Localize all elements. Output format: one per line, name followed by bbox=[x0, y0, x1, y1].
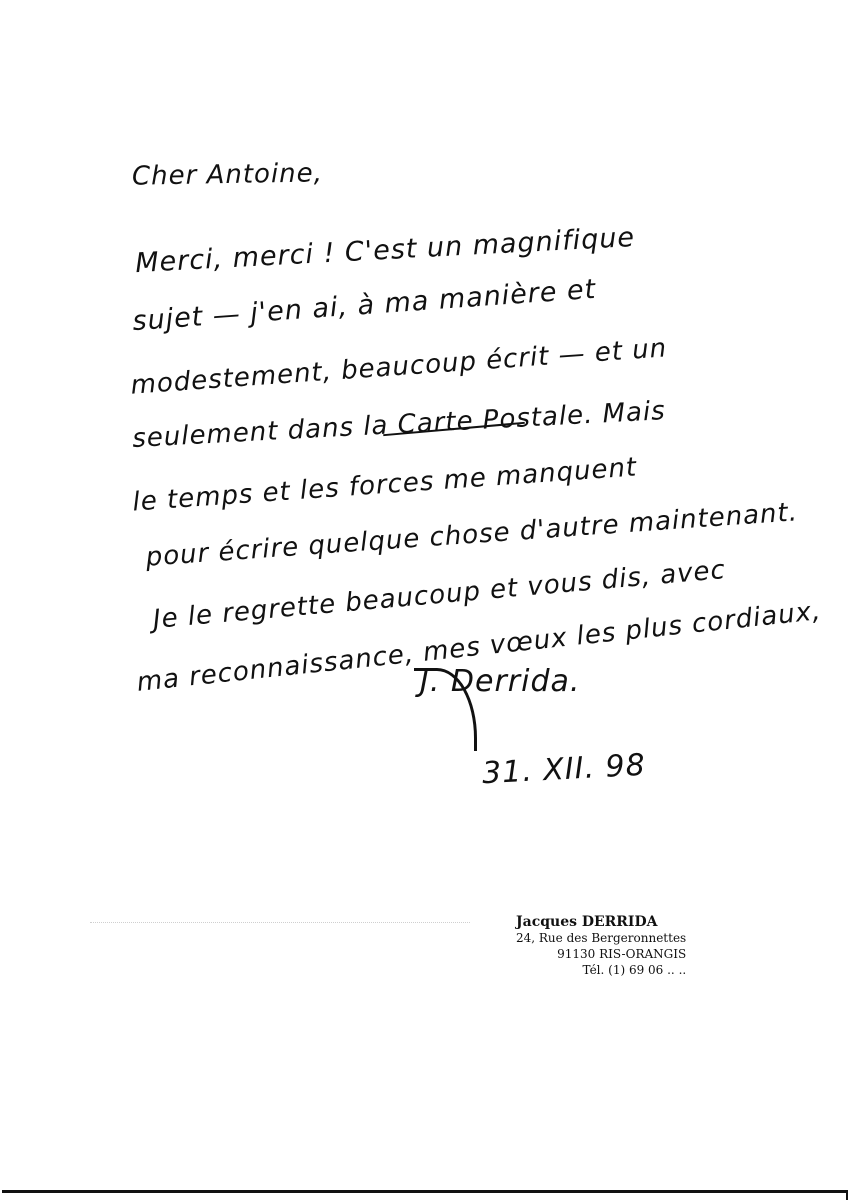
body-line: Merci, merci ! C'est un magnifique bbox=[135, 222, 636, 279]
letterhead-stamp: Jacques DERRIDA 24, Rue des Bergeronnett… bbox=[516, 914, 686, 978]
signature: J. Derrida. bbox=[420, 664, 580, 699]
letterhead-address-2: 91130 RIS-ORANGIS bbox=[516, 946, 686, 962]
letter-page: Cher Antoine, Merci, merci ! C'est un ma… bbox=[0, 0, 848, 1200]
fold-mark bbox=[90, 922, 470, 923]
letterhead-name: Jacques DERRIDA bbox=[516, 914, 686, 930]
letter-date: 31. XII. 98 bbox=[481, 748, 646, 792]
body-line: sujet — j'en ai, à ma manière et bbox=[131, 274, 597, 337]
letterhead-address-1: 24, Rue des Bergeronnettes bbox=[516, 930, 686, 946]
body-line: le temps et les forces me manquent bbox=[132, 452, 639, 517]
body-line: modestement, beaucoup écrit — et un bbox=[130, 333, 668, 400]
page-bottom-edge bbox=[2, 1190, 848, 1193]
salutation: Cher Antoine, bbox=[132, 158, 323, 191]
letterhead-phone: Tél. (1) 69 06 .. .. bbox=[516, 962, 686, 978]
body-line: seulement dans la Carte Postale. Mais bbox=[132, 396, 667, 454]
